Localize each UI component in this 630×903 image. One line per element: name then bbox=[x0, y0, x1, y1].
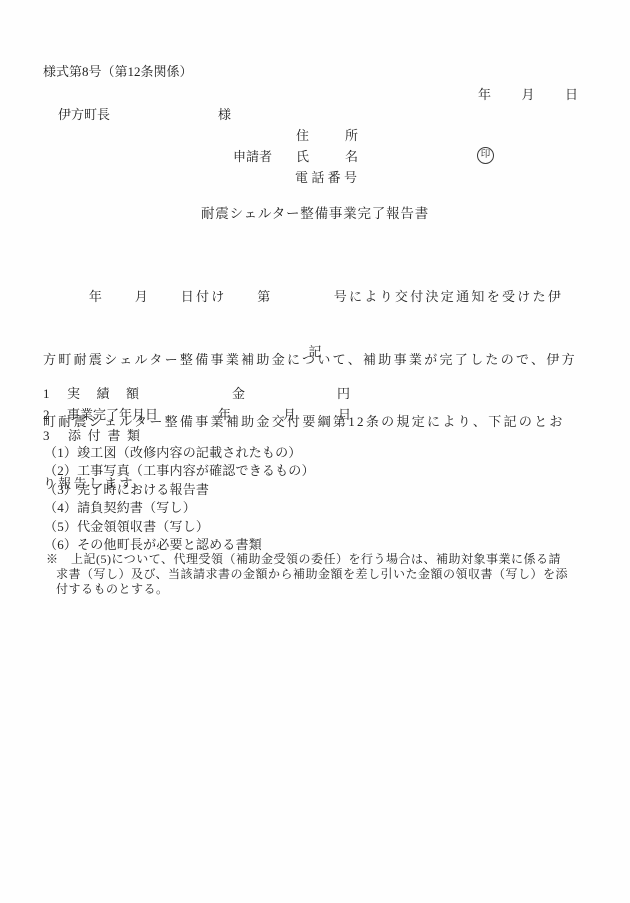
row-label-completion-date: 事業完了年月日 bbox=[67, 407, 158, 423]
row-label-attachments: 添付書類 bbox=[68, 428, 140, 444]
document-title: 耐震シェルター整備事業完了報告書 bbox=[0, 206, 630, 223]
row-number: 2 bbox=[43, 407, 50, 423]
attachment-item: （5）代金領領収書（写し） bbox=[44, 519, 209, 535]
document-page: 様式第8号（第12条関係） 年 月 日 伊方町長 様 申請者 住所 氏名 電話番… bbox=[0, 0, 630, 903]
seal-icon: 印 bbox=[477, 147, 494, 164]
attachment-item: （6）その他町長が必要と認める書類 bbox=[44, 537, 262, 553]
row-number: 1 bbox=[43, 386, 50, 402]
attachment-item: （1）竣工図（改修内容の記載されたもの） bbox=[44, 445, 302, 461]
fill-label-yen: 円 bbox=[337, 386, 350, 402]
applicant-label: 申請者 bbox=[233, 149, 272, 165]
fill-label-kin: 金 bbox=[232, 386, 245, 402]
attachment-item: （2）工事写真（工事内容が確認できるもの） bbox=[44, 463, 315, 479]
footnote-line: 付するものとする。 bbox=[56, 582, 169, 597]
attachment-item: （3）完了時における報告書 bbox=[44, 482, 209, 498]
fill-label-day: 日 bbox=[338, 407, 351, 423]
fill-label-month: 月 bbox=[283, 407, 296, 423]
honorific-label: 様 bbox=[218, 107, 231, 123]
form-number: 様式第8号（第12条関係） bbox=[43, 64, 193, 80]
recipient-name: 伊方町長 bbox=[58, 107, 110, 123]
date-line: 年 月 日 bbox=[478, 87, 580, 103]
seal-character: 印 bbox=[481, 151, 491, 161]
fill-label-year: 年 bbox=[218, 407, 231, 423]
footnote-line: 求書（写し）及び、当該請求書の金額から補助金額を差し引いた金額の領収書（写し）を… bbox=[56, 567, 568, 582]
row-number: 3 bbox=[43, 428, 50, 444]
phone-label: 電話番号 bbox=[295, 170, 357, 186]
body-line: 年 月 日付け 第 号により交付決定通知を受けた伊 bbox=[43, 287, 577, 308]
row-label-amount: 実績額 bbox=[67, 386, 139, 402]
attachment-item: （4）請負契約書（写し） bbox=[44, 500, 196, 516]
ki-heading: 記 bbox=[0, 344, 630, 360]
address-label: 住所 bbox=[296, 128, 358, 144]
footnote-line: ※ 上記(5)について、代理受領（補助金受領の委任）を行う場合は、補助対象事業に… bbox=[46, 552, 561, 567]
name-label: 氏名 bbox=[296, 149, 358, 165]
